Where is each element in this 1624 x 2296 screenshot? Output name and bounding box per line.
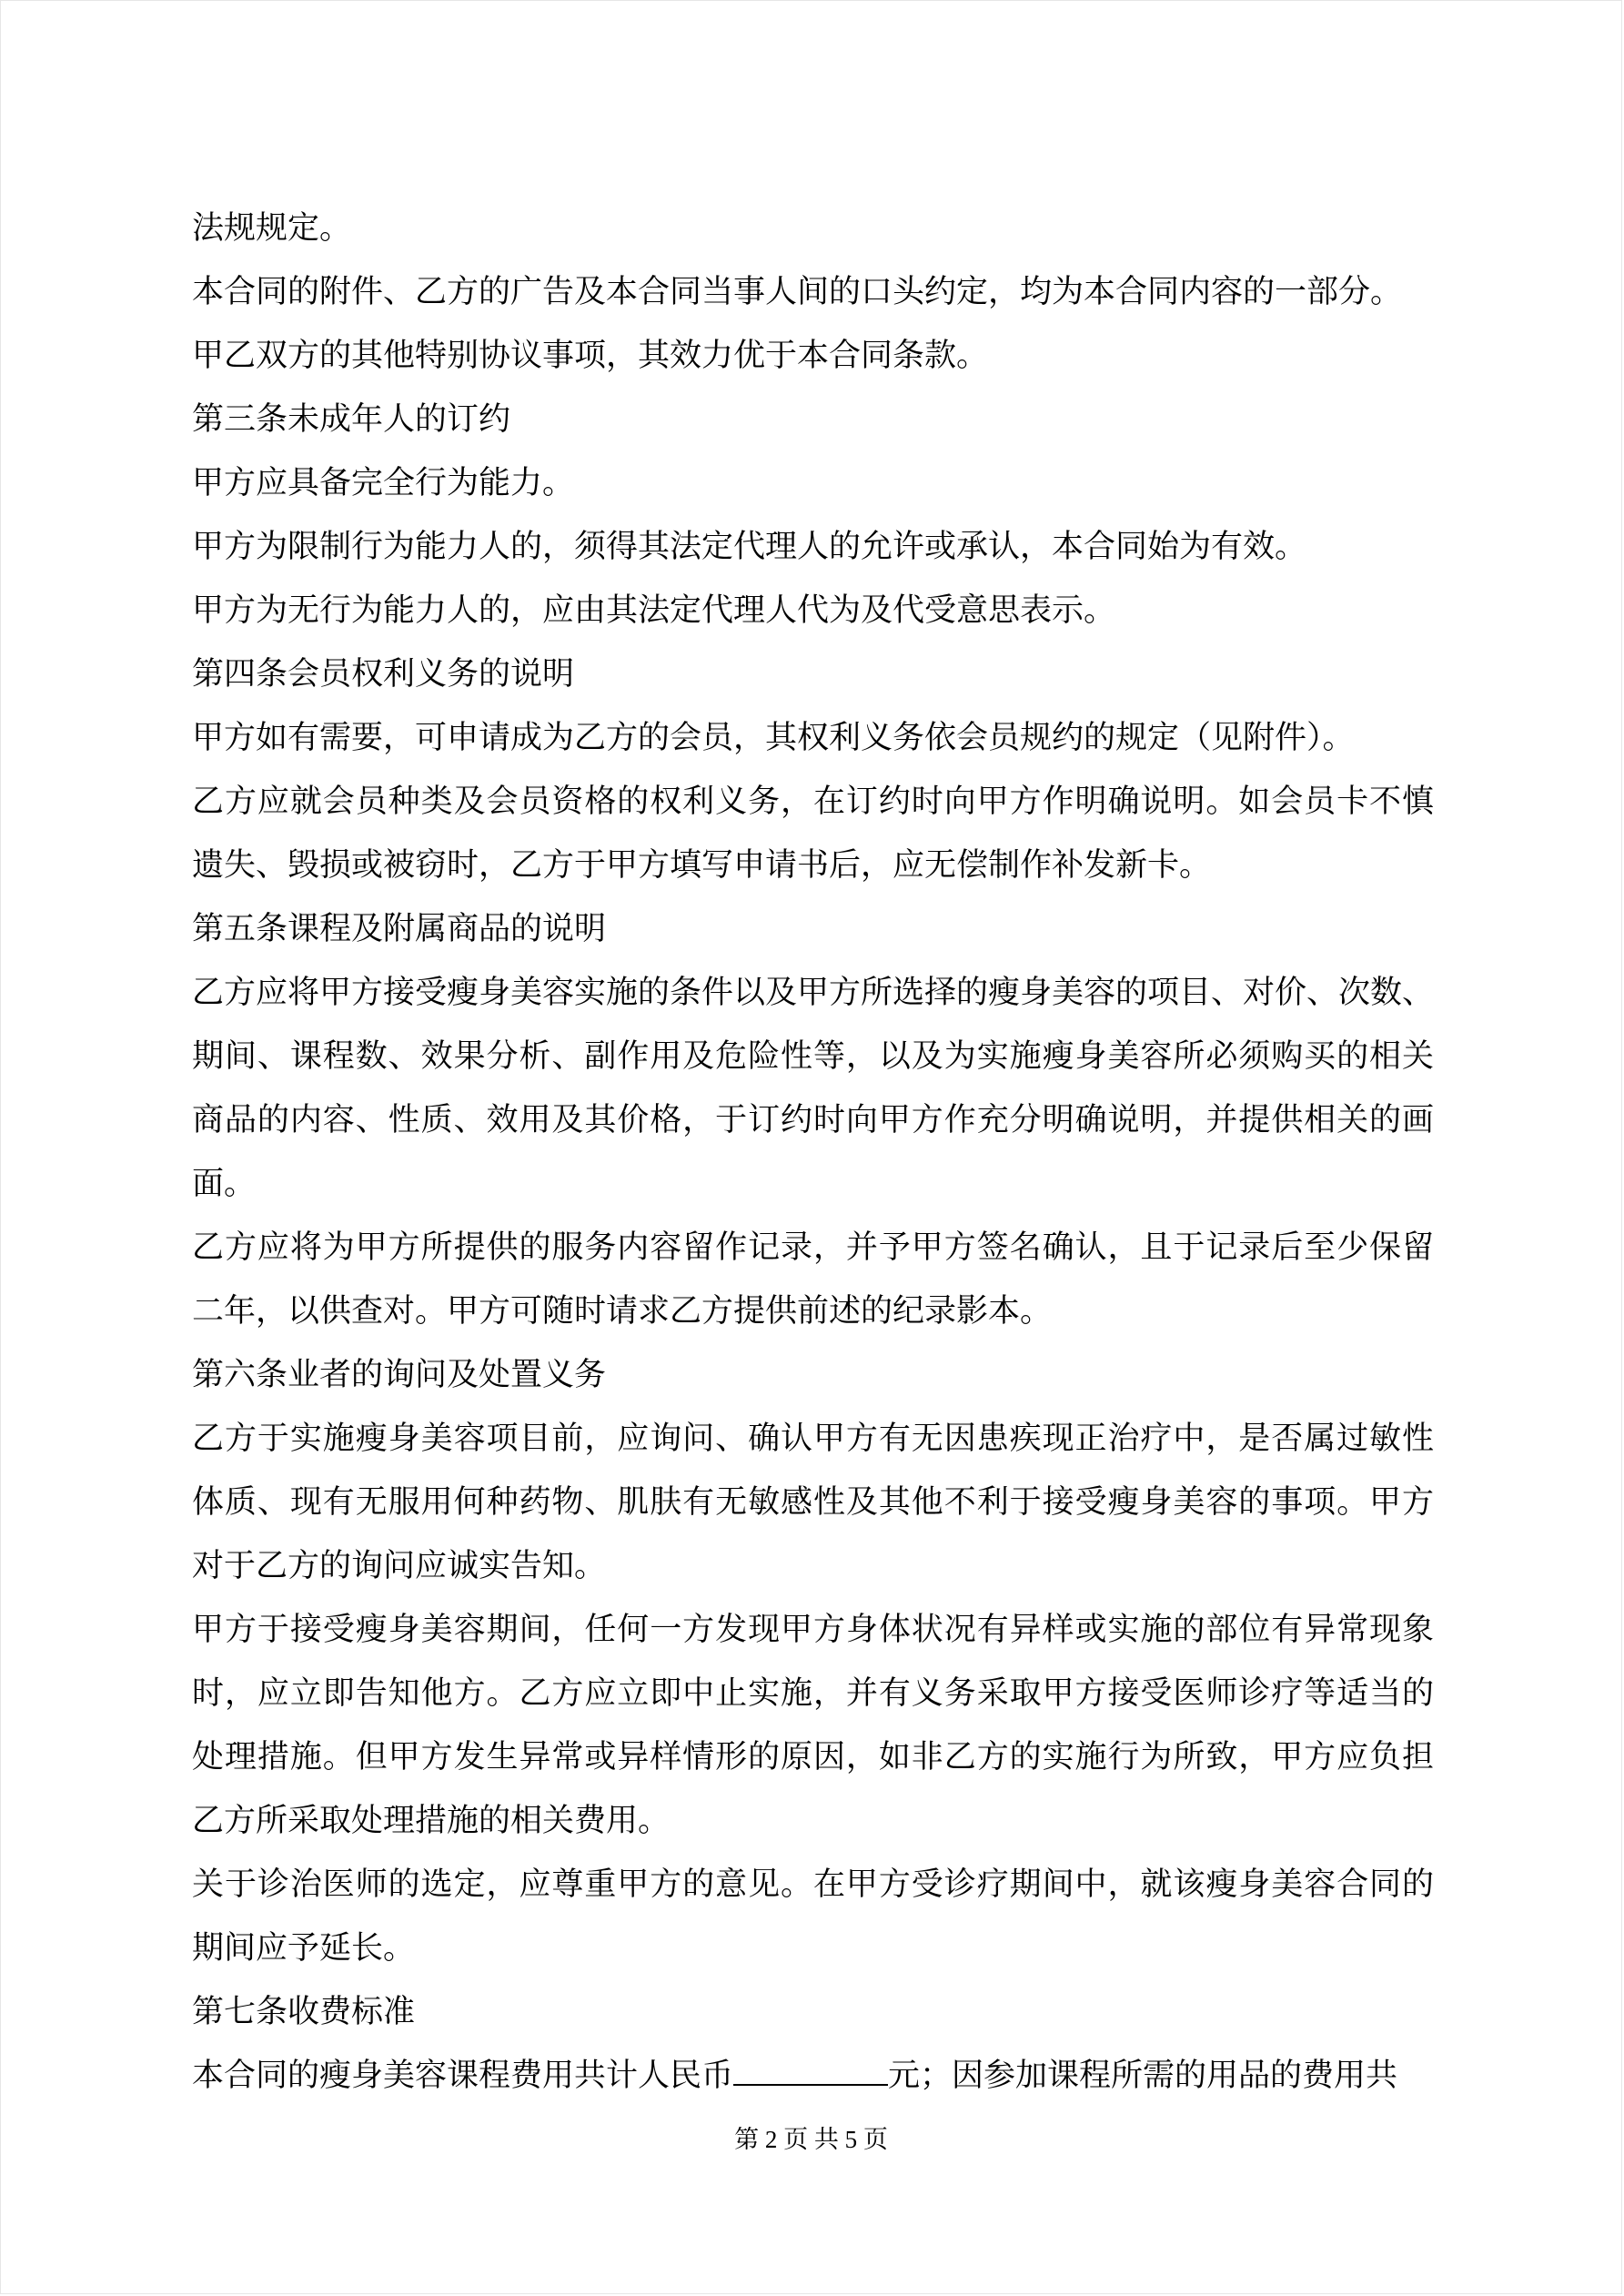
- contract-line: 期间应予延长。: [192, 1917, 1434, 1980]
- contract-line: 甲方为限制行为能力人的，须得其法定代理人的允许或承认，本合同始为有效。: [192, 515, 1434, 579]
- fee-blank-underline: [733, 2073, 888, 2086]
- contract-line: 甲方为无行为能力人的，应由其法定代理人代为及代受意思表示。: [192, 579, 1434, 642]
- fee-line: 本合同的瘦身美容课程费用共计人民币元；因参加课程所需的用品的费用共: [192, 2044, 1434, 2108]
- contract-line: 乙方应就会员种类及会员资格的权利义务，在订约时向甲方作明确说明。如会员卡不慎: [192, 770, 1434, 834]
- contract-line: 乙方应将甲方接受瘦身美容实施的条件以及甲方所选择的瘦身美容的项目、对价、次数、: [192, 961, 1434, 1025]
- contract-line: 处理措施。但甲方发生异常或异样情形的原因，如非乙方的实施行为所致，甲方应负担: [192, 1725, 1434, 1789]
- contract-line: 对于乙方的询问应诚实告知。: [192, 1534, 1434, 1598]
- page-footer: 第 2 页 共 5 页: [1, 2121, 1621, 2158]
- contract-line: 甲方于接受瘦身美容期间，任何一方发现甲方身体状况有异样或实施的部位有异常现象: [192, 1598, 1434, 1662]
- contract-line: 体质、现有无服用何种药物、肌肤有无敏感性及其他不利于接受瘦身美容的事项。甲方: [192, 1471, 1434, 1534]
- contract-line: 关于诊治医师的选定，应尊重甲方的意见。在甲方受诊疗期间中，就该瘦身美容合同的: [192, 1853, 1434, 1917]
- contract-line: 二年，以供查对。甲方可随时请求乙方提供前述的纪录影本。: [192, 1279, 1434, 1343]
- contract-line: 遗失、毁损或被窃时，乙方于甲方填写申请书后，应无偿制作补发新卡。: [192, 834, 1434, 897]
- contract-line: 法规规定。: [192, 197, 1434, 260]
- contract-line: 乙方应将为甲方所提供的服务内容留作记录，并予甲方签名确认，且于记录后至少保留: [192, 1216, 1434, 1279]
- contract-line: 甲方应具备完全行为能力。: [192, 451, 1434, 515]
- contract-line: 面。: [192, 1152, 1434, 1216]
- section-heading-article4: 第四条会员权利义务的说明: [192, 642, 1434, 706]
- contract-body: 法规规定。 本合同的附件、乙方的广告及本合同当事人间的口头约定，均为本合同内容的…: [192, 197, 1434, 2108]
- section-heading-article5: 第五条课程及附属商品的说明: [192, 897, 1434, 961]
- contract-line: 乙方所采取处理措施的相关费用。: [192, 1789, 1434, 1853]
- fee-line-after: 元；因参加课程所需的用品的费用共: [888, 2058, 1397, 2093]
- fee-line-before: 本合同的瘦身美容课程费用共计人民币: [192, 2058, 733, 2093]
- section-heading-article6: 第六条业者的询问及处置义务: [192, 1343, 1434, 1407]
- contract-line: 期间、课程数、效果分析、副作用及危险性等，以及为实施瘦身美容所必须购买的相关: [192, 1025, 1434, 1088]
- contract-line: 时，应立即告知他方。乙方应立即中止实施，并有义务采取甲方接受医师诊疗等适当的: [192, 1662, 1434, 1725]
- contract-line: 甲方如有需要，可申请成为乙方的会员，其权利义务依会员规约的规定（见附件）。: [192, 706, 1434, 770]
- section-heading-article7: 第七条收费标准: [192, 1980, 1434, 2044]
- document-page: 法规规定。 本合同的附件、乙方的广告及本合同当事人间的口头约定，均为本合同内容的…: [0, 0, 1622, 2294]
- contract-line: 本合同的附件、乙方的广告及本合同当事人间的口头约定，均为本合同内容的一部分。: [192, 260, 1434, 324]
- section-heading-article3: 第三条未成年人的订约: [192, 388, 1434, 451]
- contract-line: 乙方于实施瘦身美容项目前，应询问、确认甲方有无因患疾现正治疗中，是否属过敏性: [192, 1407, 1434, 1471]
- contract-line: 商品的内容、性质、效用及其价格，于订约时向甲方作充分明确说明，并提供相关的画: [192, 1088, 1434, 1152]
- contract-line: 甲乙双方的其他特别协议事项，其效力优于本合同条款。: [192, 324, 1434, 388]
